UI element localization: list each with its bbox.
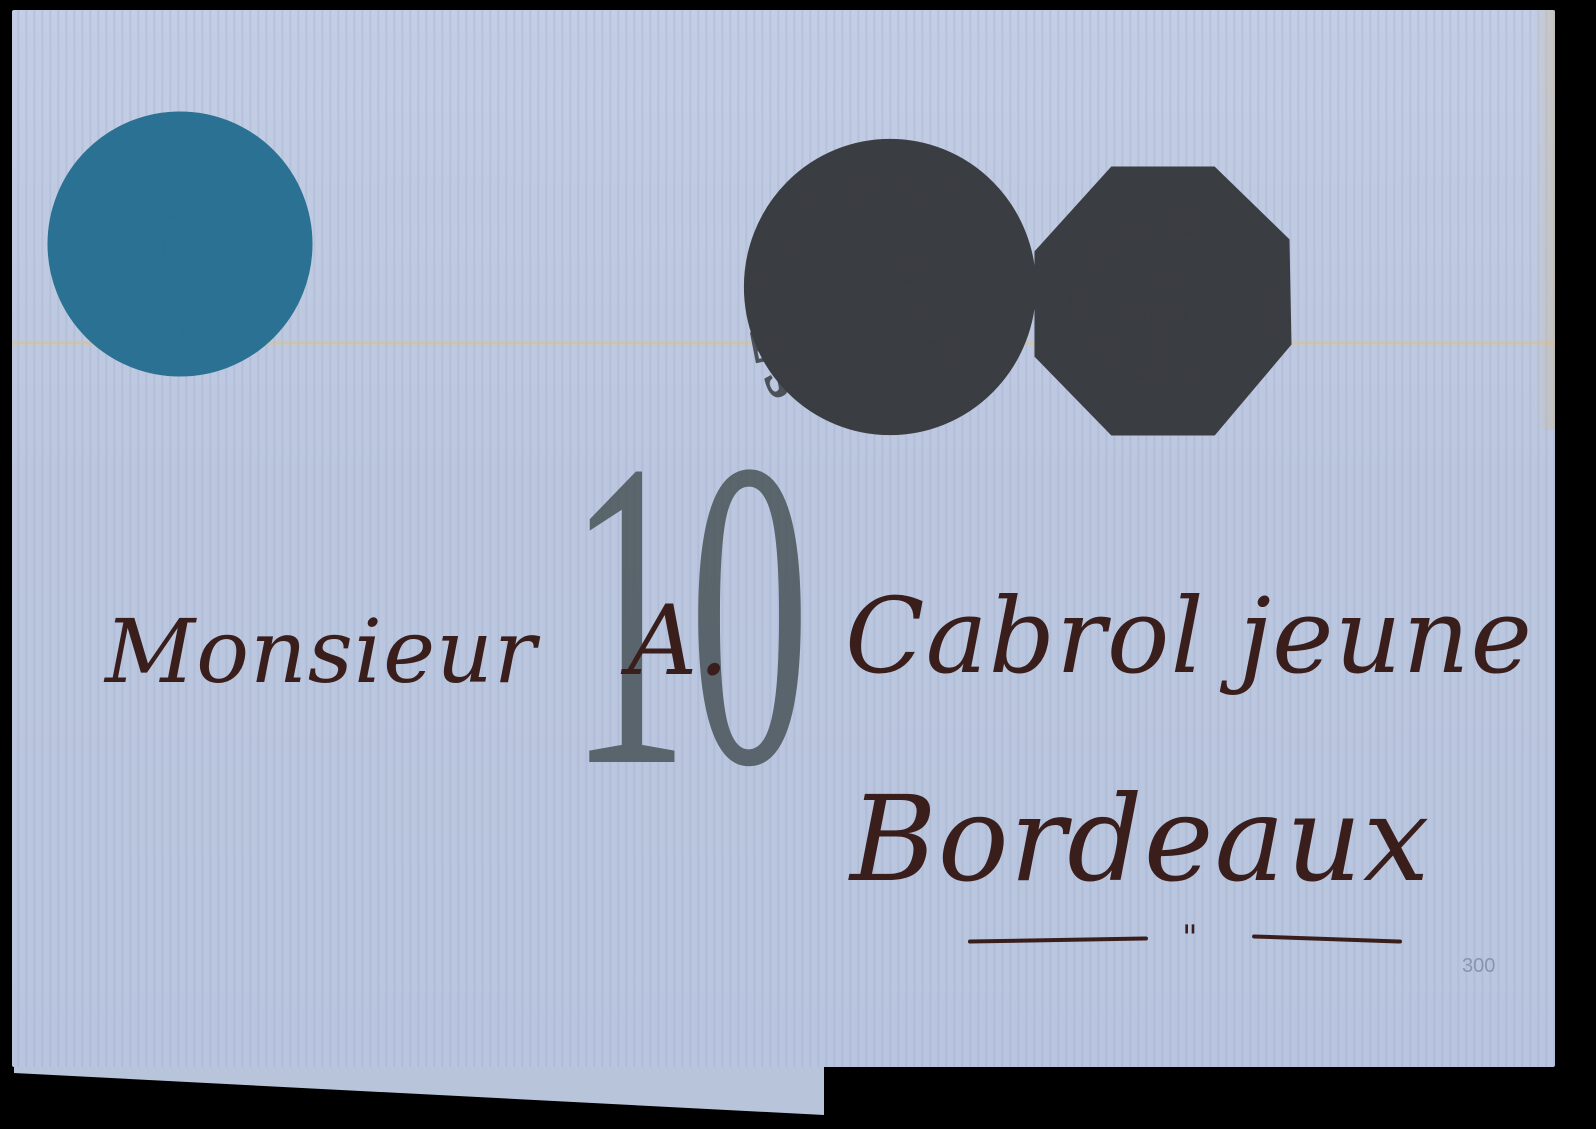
address-initial: A. — [628, 585, 730, 697]
paquebot-day: 24 — [1145, 260, 1179, 297]
forwarder-cachet-nunes-fils: NUNÈS FILS & CO ST THOMAS ★ ★ 23 NOV. 68 — [44, 108, 316, 380]
address-city: Bordeaux — [850, 770, 1430, 908]
pencil-notation: 300 — [1462, 955, 1495, 978]
flourish-mark: " — [1182, 918, 1199, 958]
cachet-year: 68 — [158, 265, 201, 305]
cachet-day: 23 — [158, 189, 201, 229]
datestamp-month: 11 — [891, 291, 930, 336]
star-icon-right: ★ — [270, 268, 286, 289]
address-name: Cabrol jeune — [845, 575, 1533, 697]
star-icon-left: ★ — [76, 262, 92, 283]
datestamp-day: 23 — [882, 246, 922, 291]
paquebot-octagonal-datestamp: ST THOMAS B No 1 PAQ. FR. B 24 NOV. 68 — [1032, 164, 1294, 440]
address-salutation: Monsieur — [105, 600, 537, 703]
paquebot-month: NOV. — [1128, 300, 1197, 333]
datestamp-year: 68 — [924, 333, 960, 373]
cachet-month: NOV. — [144, 231, 216, 266]
paquebot-year: 68 — [1147, 334, 1177, 367]
